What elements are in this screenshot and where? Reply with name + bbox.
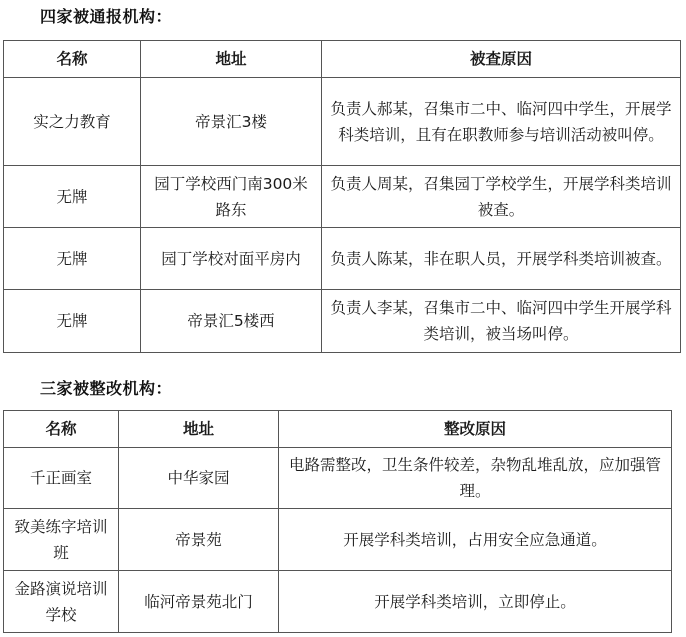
cell-address: 中华家园 (119, 448, 279, 509)
cell-name: 千正画室 (4, 448, 119, 509)
cell-address: 帝景汇5楼西 (141, 290, 322, 353)
table-row: 无牌 园丁学校西门南300米路东 负责人周某，召集园丁学校学生，开展学科类培训被… (4, 166, 681, 228)
cell-name: 无牌 (4, 290, 141, 353)
table-row: 实之力教育 帝景汇3楼 负责人郝某，召集市二中、临河四中学生，开展学科类培训，且… (4, 78, 681, 166)
table-header-row: 名称 地址 整改原因 (4, 411, 672, 448)
table-row: 无牌 帝景汇5楼西 负责人李某，召集市二中、临河四中学生开展学科类培训，被当场叫… (4, 290, 681, 353)
table-row: 金路演说培训学校 临河帝景苑北门 开展学科类培训，立即停止。 (4, 571, 672, 633)
column-header-reason: 被查原因 (322, 41, 681, 78)
notified-institutions-table: 名称 地址 被查原因 实之力教育 帝景汇3楼 负责人郝某，召集市二中、临河四中学… (3, 40, 681, 353)
column-header-reason: 整改原因 (279, 411, 672, 448)
table-row: 无牌 园丁学校对面平房内 负责人陈某，非在职人员，开展学科类培训被查。 (4, 228, 681, 290)
cell-reason: 开展学科类培训，占用安全应急通道。 (279, 509, 672, 571)
column-header-address: 地址 (141, 41, 322, 78)
table-row: 千正画室 中华家园 电路需整改，卫生条件较差，杂物乱堆乱放，应加强管理。 (4, 448, 672, 509)
cell-name: 金路演说培训学校 (4, 571, 119, 633)
column-header-name: 名称 (4, 41, 141, 78)
cell-name: 致美练字培训班 (4, 509, 119, 571)
table-row: 致美练字培训班 帝景苑 开展学科类培训，占用安全应急通道。 (4, 509, 672, 571)
cell-reason: 负责人李某，召集市二中、临河四中学生开展学科类培训，被当场叫停。 (322, 290, 681, 353)
cell-name: 无牌 (4, 228, 141, 290)
cell-address: 帝景苑 (119, 509, 279, 571)
column-header-address: 地址 (119, 411, 279, 448)
cell-reason: 负责人周某，召集园丁学校学生，开展学科类培训被查。 (322, 166, 681, 228)
table-header-row: 名称 地址 被查原因 (4, 41, 681, 78)
cell-name: 无牌 (4, 166, 141, 228)
cell-address: 园丁学校对面平房内 (141, 228, 322, 290)
cell-name: 实之力教育 (4, 78, 141, 166)
rectified-institutions-table: 名称 地址 整改原因 千正画室 中华家园 电路需整改，卫生条件较差，杂物乱堆乱放… (3, 410, 672, 633)
cell-reason: 负责人郝某，召集市二中、临河四中学生，开展学科类培训，且有在职教师参与培训活动被… (322, 78, 681, 166)
section-title-notified: 四家被通报机构： (40, 4, 172, 27)
document-page: 四家被通报机构： 名称 地址 被查原因 实之力教育 帝景汇3楼 负责人郝某，召集… (0, 0, 686, 637)
cell-reason: 开展学科类培训，立即停止。 (279, 571, 672, 633)
cell-address: 园丁学校西门南300米路东 (141, 166, 322, 228)
cell-address: 帝景汇3楼 (141, 78, 322, 166)
column-header-name: 名称 (4, 411, 119, 448)
section-title-rectified: 三家被整改机构： (40, 376, 172, 399)
cell-address: 临河帝景苑北门 (119, 571, 279, 633)
cell-reason: 负责人陈某，非在职人员，开展学科类培训被查。 (322, 228, 681, 290)
cell-reason: 电路需整改，卫生条件较差，杂物乱堆乱放，应加强管理。 (279, 448, 672, 509)
